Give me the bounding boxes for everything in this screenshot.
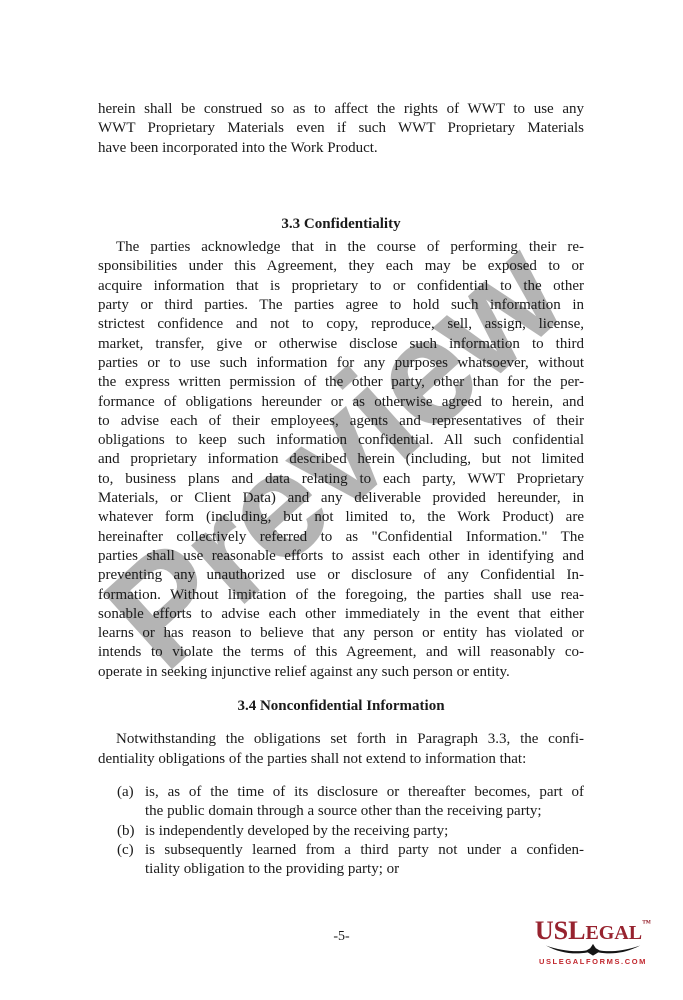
list-item-label: (a) bbox=[117, 783, 134, 802]
text-line: sonable efforts to advise each other imm… bbox=[98, 605, 584, 624]
text-line: parties or to use such information for a… bbox=[98, 354, 584, 373]
list-item: (c)is subsequently learned from a third … bbox=[98, 841, 584, 880]
text-line: is independently developed by the receiv… bbox=[145, 822, 584, 841]
uslegalforms-url: USLEGALFORMS.COM bbox=[526, 957, 660, 966]
text-line: to advise each of their employees, agent… bbox=[98, 412, 584, 431]
list-item-label: (c) bbox=[117, 841, 134, 860]
list-item: (a)is, as of the time of its disclosure … bbox=[98, 783, 584, 822]
section-heading: 3.4 Nonconfidential Information bbox=[98, 697, 584, 716]
text-line: the express written permission of the ot… bbox=[98, 373, 584, 392]
paragraph: herein shall be construed so as to affec… bbox=[98, 100, 584, 158]
document-content: herein shall be construed so as to affec… bbox=[98, 100, 584, 879]
uslegal-brand-text: USLEGAL™ bbox=[526, 918, 660, 944]
text-line: intends to violate the terms of this Agr… bbox=[98, 643, 584, 662]
text-line: market, transfer, give or otherwise disc… bbox=[98, 335, 584, 354]
text-line: and proprietary information described he… bbox=[98, 450, 584, 469]
text-line: to, business plans and data relating to … bbox=[98, 470, 584, 489]
document-page: Preview herein shall be construed so as … bbox=[0, 0, 683, 1000]
text-line: operate in seeking injunctive relief aga… bbox=[98, 663, 584, 682]
text-line: learns or has reason to believe that any… bbox=[98, 624, 584, 643]
text-line: Notwithstanding the obligations set fort… bbox=[98, 730, 584, 749]
text-line: preventing any unauthorized use or discl… bbox=[98, 566, 584, 585]
text-line: obligations to keep such information con… bbox=[98, 431, 584, 450]
brand-text-large: USL bbox=[535, 916, 586, 945]
paragraph: Notwithstanding the obligations set fort… bbox=[98, 730, 584, 769]
text-line: WWT Proprietary Materials even if such W… bbox=[98, 119, 584, 138]
text-line: acquire information that is proprietary … bbox=[98, 277, 584, 296]
text-line: hereinafter collectively referred to as … bbox=[98, 528, 584, 547]
text-line: whatever form (including, but not limite… bbox=[98, 508, 584, 527]
text-line: have been incorporated into the Work Pro… bbox=[98, 139, 584, 158]
text-line: herein shall be construed so as to affec… bbox=[98, 100, 584, 119]
text-line: The parties acknowledge that in the cour… bbox=[98, 238, 584, 257]
text-line: tiality obligation to the providing part… bbox=[145, 860, 584, 879]
trademark-symbol: ™ bbox=[642, 918, 651, 928]
text-line: parties shall use reasonable efforts to … bbox=[98, 547, 584, 566]
text-line: is subsequently learned from a third par… bbox=[145, 841, 584, 860]
paragraph: The parties acknowledge that in the cour… bbox=[98, 238, 584, 682]
uslegal-logo: USLEGAL™ USLEGALFORMS.COM bbox=[526, 918, 660, 966]
section-heading: 3.3 Confidentiality bbox=[98, 215, 584, 234]
text-line: sponsibilities under this Agreement, the… bbox=[98, 257, 584, 276]
list: (a)is, as of the time of its disclosure … bbox=[98, 783, 584, 879]
text-line: strictest confidence and not to copy, re… bbox=[98, 315, 584, 334]
text-line: formance of obligations hereunder or as … bbox=[98, 393, 584, 412]
list-item: (b)is independently developed by the rec… bbox=[98, 822, 584, 841]
text-line: Materials, or Client Data) and any deliv… bbox=[98, 489, 584, 508]
brand-text-small: EGAL bbox=[585, 922, 642, 944]
text-line: party or third parties. The parties agre… bbox=[98, 296, 584, 315]
text-line: is, as of the time of its disclosure or … bbox=[145, 783, 584, 802]
list-item-label: (b) bbox=[117, 822, 135, 841]
text-line: the public domain through a source other… bbox=[145, 802, 584, 821]
text-line: formation. Without limitation of the for… bbox=[98, 586, 584, 605]
text-line: dentiality obligations of the parties sh… bbox=[98, 750, 584, 769]
